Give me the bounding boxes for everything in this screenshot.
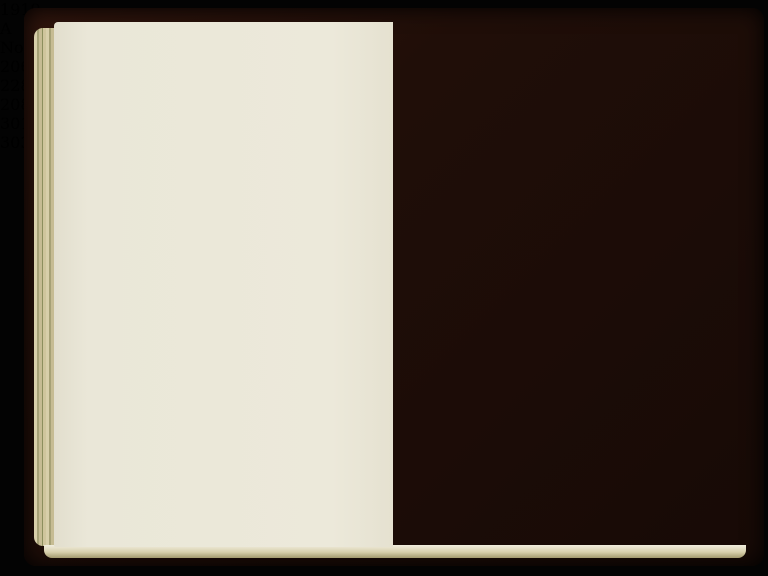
header-no: No — [0, 38, 24, 57]
right-page — [395, 24, 753, 550]
left-page-blank — [54, 22, 393, 547]
ledger-photo: 1919 A No Name Residence Recommended by … — [0, 0, 768, 576]
page-stack-edge-left — [34, 28, 55, 546]
